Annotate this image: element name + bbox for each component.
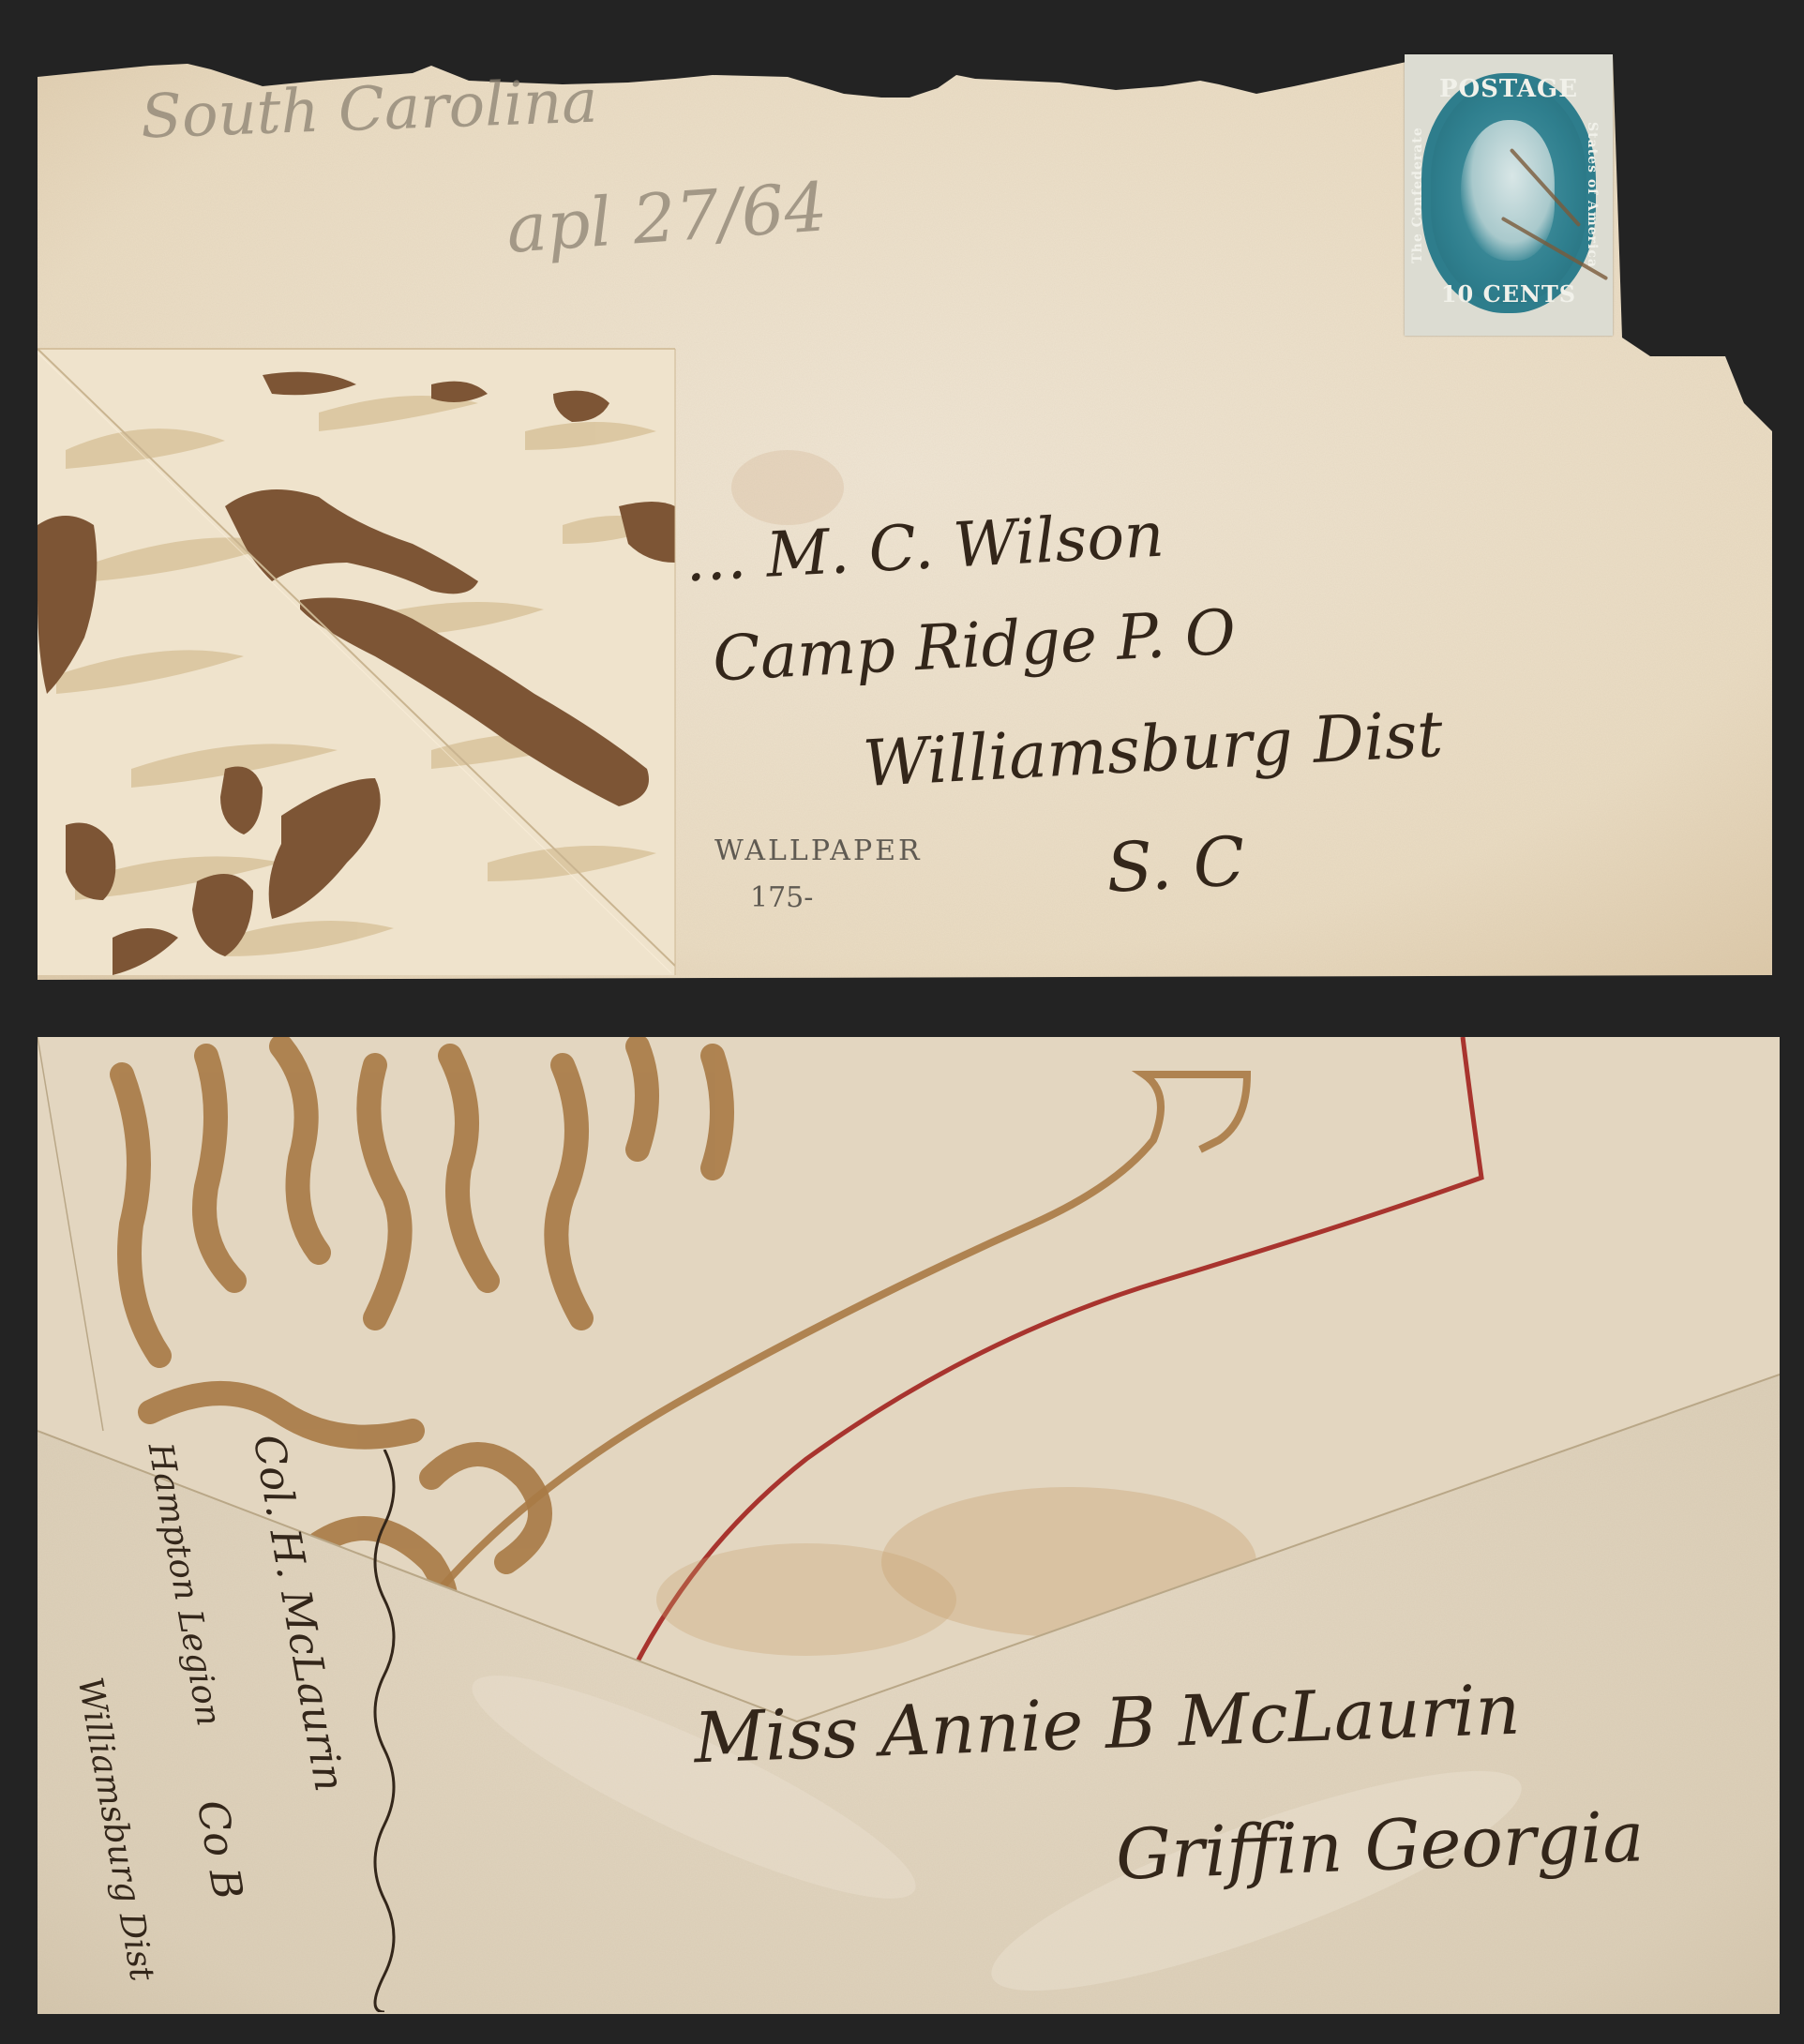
stamp-top-label: POSTAGE xyxy=(1405,75,1613,103)
wallpaper-flap xyxy=(38,349,675,975)
pencil-note-line-1: WALLPAPER xyxy=(714,834,923,867)
pencil-note-line-2: 175- xyxy=(750,881,813,914)
stamp-bottom-label: 10 CENTS xyxy=(1405,280,1613,308)
postage-stamp: POSTAGE 10 CENTS The Confederate States … xyxy=(1405,54,1613,336)
front-address-line-4: S. C xyxy=(1105,821,1247,908)
stamp-right-label: States of America xyxy=(1585,111,1600,279)
back-cover: Miss Annie B McLaurin Griffin Georgia Co… xyxy=(38,1037,1780,2014)
stamp-left-label: The Confederate xyxy=(1410,111,1425,279)
signature-flourish xyxy=(356,1450,413,2012)
